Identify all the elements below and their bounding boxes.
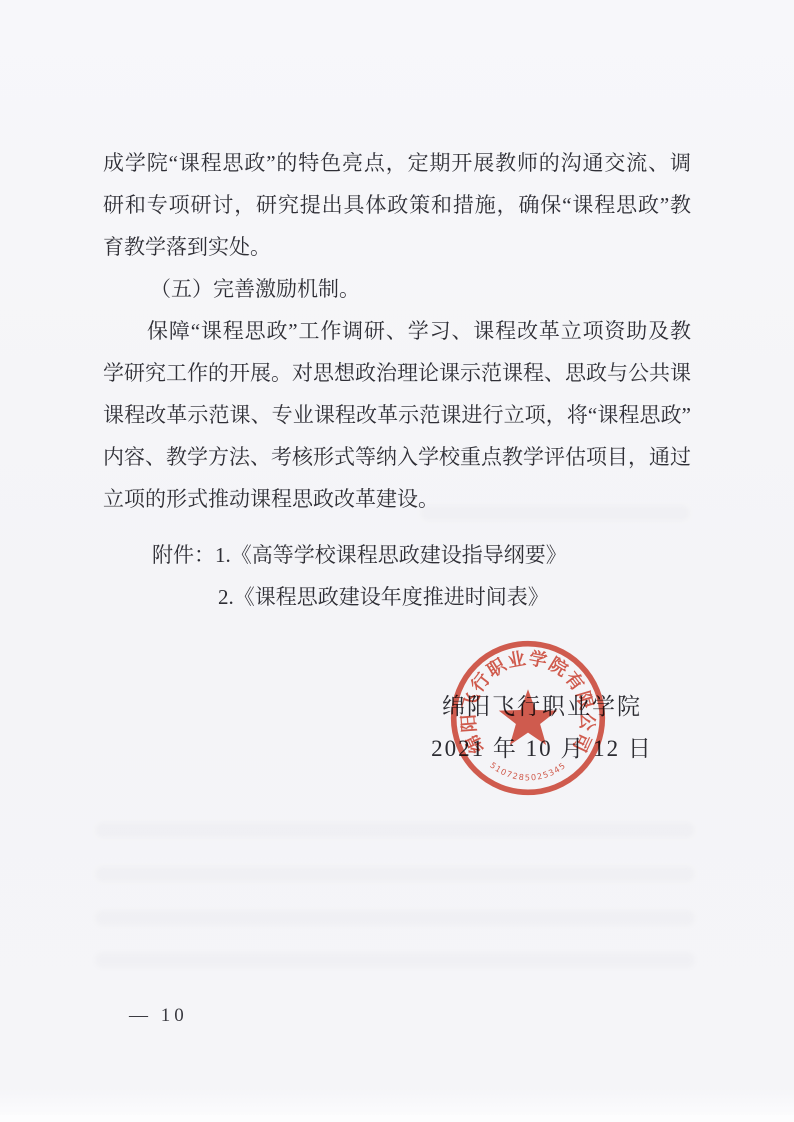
- scan-edge: [0, 1115, 794, 1122]
- document-page: 成学院“课程思政”的特色亮点，定期开展教师的沟通交流、调 研和专项研讨，研究提出…: [0, 0, 794, 1122]
- official-seal: 绵阳飞行职业学院有限公司 5107285025345: [446, 636, 610, 800]
- text-line: 育教学落到实处。: [103, 226, 691, 268]
- text-line: 立项的形式推动课程思政改革建设。: [103, 478, 691, 520]
- text-line: 保障“课程思政”工作调研、学习、课程改革立项资助及教: [103, 310, 691, 352]
- scan-artifact: [95, 952, 695, 968]
- seal-star: [499, 689, 557, 745]
- text-line: 学研究工作的开展。对思想政治理论课示范课程、思政与公共课: [103, 352, 691, 394]
- text-line: 内容、教学方法、考核形式等纳入学校重点教学评估项目，通过: [103, 436, 691, 478]
- text-line: 课程改革示范课、专业课程改革示范课进行立项，将“课程思政”: [103, 394, 691, 436]
- page-number: — 10: [129, 1002, 188, 1030]
- section-heading: （五）完善激励机制。: [103, 268, 691, 310]
- body-text: 成学院“课程思政”的特色亮点，定期开展教师的沟通交流、调 研和专项研讨，研究提出…: [103, 142, 691, 618]
- scan-artifact: [95, 822, 695, 838]
- seal-serial-number: 5107285025345: [488, 760, 568, 783]
- seal-serial-wrap: 5107285025345: [488, 760, 568, 783]
- attachment-item: 2.《课程思政建设年度推进时间表》: [218, 585, 549, 609]
- text-line: 研和专项研讨，研究提出具体政策和措施，确保“课程思政”教: [103, 184, 691, 226]
- attachment-line: 附件：1.《高等学校课程思政建设指导纲要》: [103, 534, 691, 576]
- scan-artifact: [95, 910, 695, 926]
- text-line: 成学院“课程思政”的特色亮点，定期开展教师的沟通交流、调: [103, 142, 691, 184]
- attachment-item: 1.《高等学校课程思政建设指导纲要》: [215, 543, 567, 567]
- attachments-block: 附件：1.《高等学校课程思政建设指导纲要》 2.《课程思政建设年度推进时间表》: [103, 534, 691, 618]
- scan-artifact: [95, 866, 695, 882]
- attachment-line: 2.《课程思政建设年度推进时间表》: [103, 576, 691, 618]
- attachment-label: 附件：: [152, 543, 215, 567]
